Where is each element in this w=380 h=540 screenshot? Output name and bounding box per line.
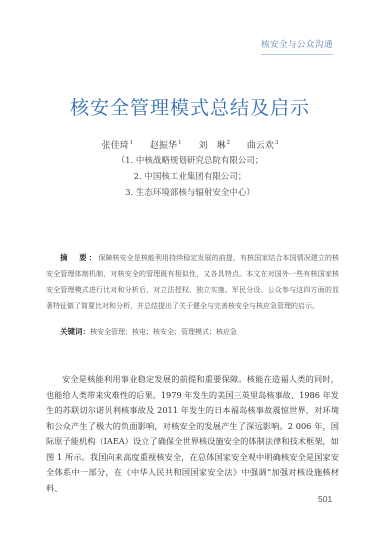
keywords: 关键词：核安全管理；核电；核安全；管理模式；核应急 (60, 326, 340, 337)
page-number: 501 (318, 494, 332, 504)
abstract-text: 保障核安全是核能利用持续稳定发展的前提，有核国家结合本国情况建立的核安全管理体制… (46, 254, 339, 310)
keywords-label: 关键词： (60, 327, 90, 336)
author: 曲云欢3 (247, 141, 279, 151)
journal-section-header: 核安全与公众沟通 (261, 38, 333, 55)
article-title: 核安全管理模式总结及启示 (0, 93, 380, 120)
keywords-text: 核安全管理；核电；核安全；管理模式；核应急 (90, 328, 237, 336)
affiliation-line: 3. 生态环境部核与辐射安全中心） (0, 186, 380, 198)
affiliation-marker: 2 (226, 140, 230, 146)
author-name: 曲云欢 (247, 141, 274, 151)
author: 张佳琦1 (102, 141, 134, 151)
abstract: 摘 要：保障核安全是核能利用持续稳定发展的前提，有核国家结合本国情况建立的核安全… (46, 250, 339, 314)
author-name: 张佳琦 (102, 141, 129, 151)
abstract-label: 摘 要： (60, 253, 98, 262)
author-name: 刘 琳 (198, 141, 225, 151)
author: 刘 琳2 (198, 141, 230, 151)
author-list: 张佳琦1 赵振华1 刘 琳2 曲云欢3 (0, 138, 380, 151)
affiliation-marker: 1 (130, 140, 134, 146)
body-paragraph: 安全是核能利用事业稳定发展的前提和重要保障。核能在造福人类的同时，也能给人类带来… (46, 372, 339, 496)
author-name: 赵振华 (150, 141, 177, 151)
affiliation-marker: 1 (178, 140, 182, 146)
affiliation-line: （1. 中核战略规划研究总院有限公司； (0, 154, 380, 166)
author: 赵振华1 (150, 141, 182, 151)
affiliation-line: 2. 中国核工业集团有限公司； (0, 170, 380, 182)
affiliation-marker: 3 (275, 140, 279, 146)
